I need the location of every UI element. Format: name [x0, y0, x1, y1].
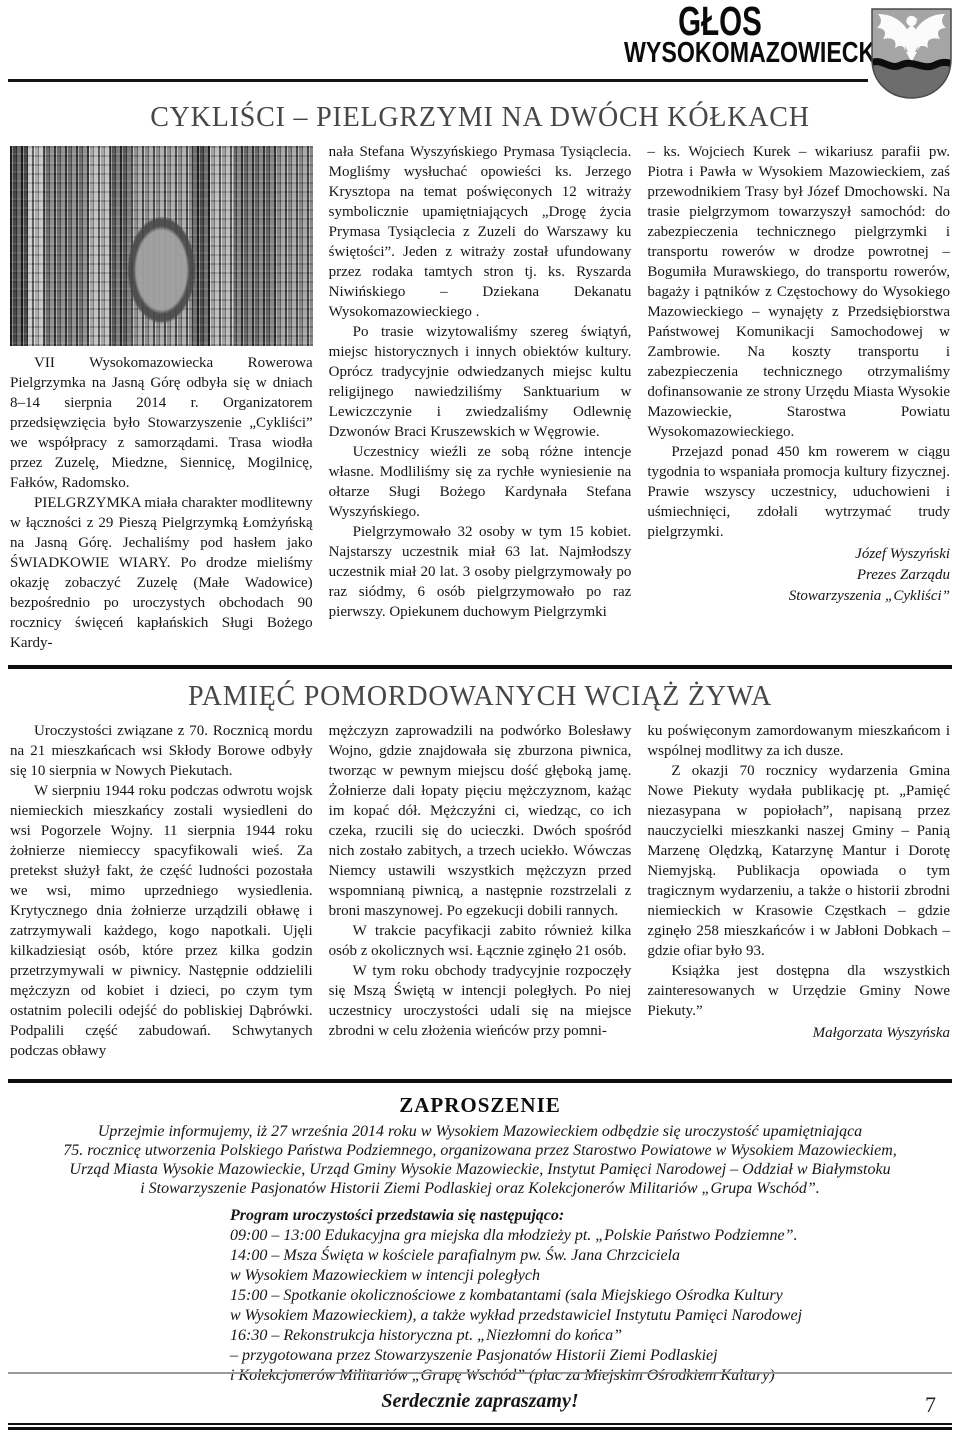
- article-paragraph: Po trasie wizytowaliśmy szereg świątyń, …: [329, 322, 632, 442]
- article-signature: Małgorzata Wyszyńska: [647, 1023, 950, 1044]
- footer-rule: [8, 1372, 952, 1374]
- invitation-closing: Serdecznie zapraszamy!: [30, 1390, 930, 1413]
- masthead-rule: [8, 79, 868, 82]
- program-heading: Program uroczystości przedstawia się nas…: [230, 1206, 930, 1226]
- coat-of-arms-icon: [869, 7, 954, 101]
- invitation-intro-line: i Stowarzyszenie Pasjonatów Historii Zie…: [30, 1179, 930, 1198]
- article-pamiec-title: PAMIĘĆ POMORDOWANYCH WCIĄŻ ŻYWA: [0, 681, 960, 713]
- pilgrimage-photo: [10, 146, 313, 346]
- section-divider: [8, 665, 952, 669]
- masthead-title-line1: GŁOS: [634, 3, 807, 40]
- article-paragraph: Przejazd ponad 450 km rowerem w ciągu ty…: [647, 442, 950, 542]
- masthead-title-line2: WYSOKOMAZOWIECKI: [624, 40, 816, 66]
- bottom-double-rule: [8, 1423, 952, 1430]
- signature-line: Prezes Zarządu: [647, 565, 950, 586]
- article-cyklisci-column-2: nała Stefana Wyszyńskiego Prymasa Tysiąc…: [329, 142, 632, 653]
- article-signature: Józef Wyszyński Prezes Zarządu Stowarzys…: [647, 544, 950, 607]
- article-paragraph: VII Wysokomazowiecka Rowerowa Pielgrzymk…: [10, 353, 313, 493]
- article-pamiec-column-3: ku poświęconym zamordowanym mieszkańcom …: [647, 721, 950, 1061]
- article-pamiec-column-2: mężczyzn zaprowadzili na podwórko Bolesł…: [329, 721, 632, 1061]
- program-line: – przygotowana przez Stowarzyszenie Pasj…: [230, 1346, 930, 1366]
- invitation-intro: Uprzejmie informujemy, iż 27 września 20…: [30, 1122, 930, 1198]
- program-line: i Kolekcjonerów Militariów „Grupę Wschód…: [230, 1366, 930, 1386]
- article-paragraph: nała Stefana Wyszyńskiego Prymasa Tysiąc…: [329, 142, 632, 322]
- article-paragraph: PIELGRZYMKA miała charakter modlitewny w…: [10, 493, 313, 653]
- program-line: 09:00 – 13:00 Edukacyjna gra miejska dla…: [230, 1226, 930, 1246]
- program-line: w Wysokiem Mazowieckiem), a także wykład…: [230, 1306, 930, 1326]
- article-cyklisci-column-3: – ks. Wojciech Kurek – wikariusz parafii…: [647, 142, 950, 653]
- article-pamiec-columns: Uroczystości związane z 70. Rocznicą mor…: [0, 721, 960, 1061]
- signature-line: Józef Wyszyński: [647, 544, 950, 565]
- article-paragraph: Pielgrzymowało 32 osoby w tym 15 kobiet.…: [329, 522, 632, 622]
- invitation-program: Program uroczystości przedstawia się nas…: [230, 1206, 930, 1386]
- article-cyklisci-title: CYKLIŚCI – PIELGRZYMI NA DWÓCH KÓŁKACH: [0, 102, 960, 134]
- article-paragraph: Uczestnicy wieźli ze sobą różne intencje…: [329, 442, 632, 522]
- article-paragraph: ku poświęconym zamordowanym mieszkańcom …: [647, 721, 950, 761]
- page-number: 7: [925, 1392, 936, 1418]
- newspaper-page: GŁOS WYSOKOMAZOWIECKI: [0, 0, 960, 1435]
- masthead-titles: GŁOS WYSOKOMAZOWIECKI: [600, 3, 840, 66]
- signature-line: Stowarzyszenia „Cykliści”: [647, 586, 950, 607]
- article-paragraph: Z okazji 70 rocznicy wydarzenia Gmina No…: [647, 761, 950, 961]
- article-paragraph: W sierpniu 1944 roku podczas odwrotu woj…: [10, 781, 313, 1061]
- program-line: w Wysokiem Mazowieckiem w intencji poleg…: [230, 1266, 930, 1286]
- invitation-intro-line: Uprzejmie informujemy, iż 27 września 20…: [30, 1122, 930, 1141]
- article-paragraph: Książka jest dostępna dla wszystkich zai…: [647, 961, 950, 1021]
- masthead: GŁOS WYSOKOMAZOWIECKI: [0, 0, 960, 84]
- invitation-intro-line: Urząd Miasta Wysokie Mazowieckie, Urząd …: [30, 1160, 930, 1179]
- article-cyklisci-columns: VII Wysokomazowiecka Rowerowa Pielgrzymk…: [0, 142, 960, 653]
- article-paragraph: Uroczystości związane z 70. Rocznicą mor…: [10, 721, 313, 781]
- invitation-title: ZAPROSZENIE: [30, 1093, 930, 1118]
- invitation-section: ZAPROSZENIE Uprzejmie informujemy, iż 27…: [0, 1083, 960, 1413]
- article-pamiec-column-1: Uroczystości związane z 70. Rocznicą mor…: [10, 721, 313, 1061]
- article-cyklisci-column-1: VII Wysokomazowiecka Rowerowa Pielgrzymk…: [10, 142, 313, 653]
- signature-line: Małgorzata Wyszyńska: [647, 1023, 950, 1044]
- program-line: 16:30 – Rekonstrukcja historyczna pt. „N…: [230, 1326, 930, 1346]
- article-paragraph: mężczyzn zaprowadzili na podwórko Bolesł…: [329, 721, 632, 921]
- article-paragraph: W tym roku obchody tradycyjnie rozpoczęł…: [329, 961, 632, 1041]
- program-line: 15:00 – Spotkanie okolicznościowe z komb…: [230, 1286, 930, 1306]
- article-paragraph: W trakcie pacyfikacji zabito również kil…: [329, 921, 632, 961]
- article-paragraph: – ks. Wojciech Kurek – wikariusz parafii…: [647, 142, 950, 442]
- program-line: 14:00 – Msza Święta w kościele parafialn…: [230, 1246, 930, 1266]
- invitation-intro-line: 75. rocznicę utworzenia Polskiego Państw…: [30, 1141, 930, 1160]
